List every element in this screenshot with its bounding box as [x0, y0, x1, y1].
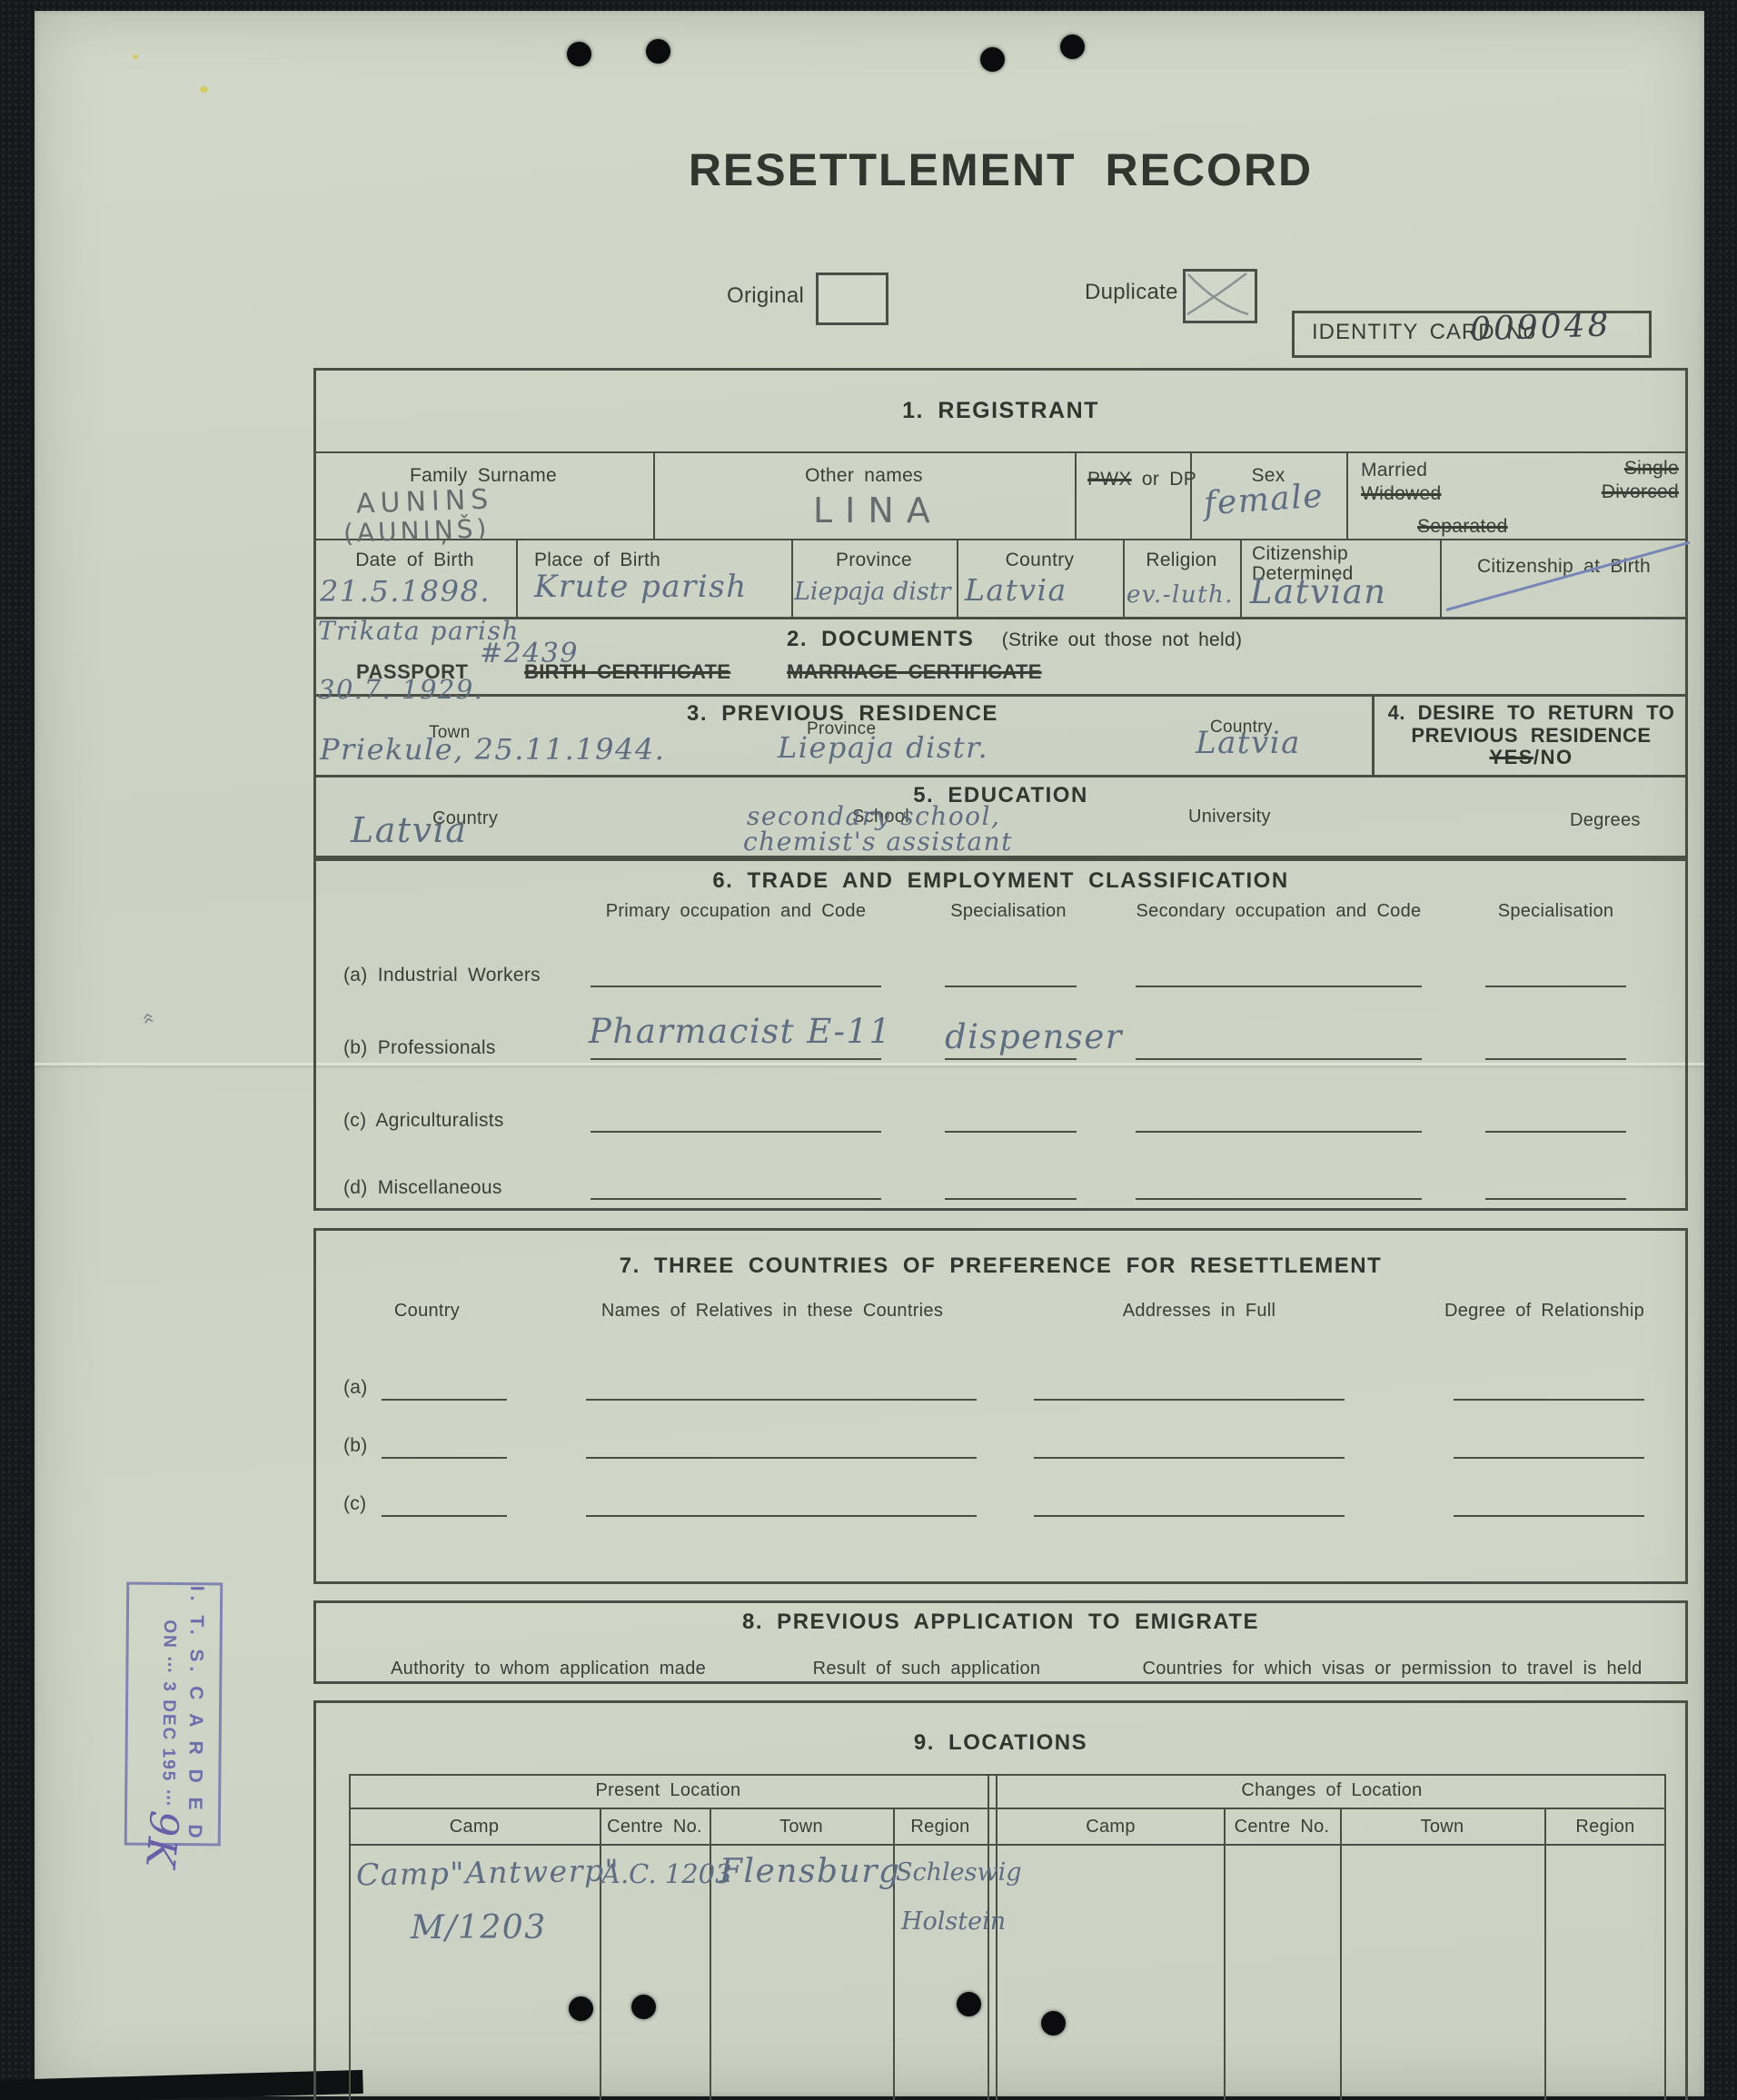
location-camp-value2: M/1203: [411, 1909, 547, 1946]
citizenship-birth-label: Citizenship at Birth: [1440, 556, 1688, 578]
education-school-value2: chemist's assistant: [743, 827, 1013, 857]
changes-location-header: Changes of Location: [998, 1780, 1666, 1801]
marriage-certificate-label: MARRIAGE CERTIFICATE: [787, 660, 1042, 684]
trade-col-primary: Primary occupation and Code: [591, 901, 881, 922]
education-degrees-label: Degrees: [1570, 810, 1641, 831]
passport-date: 30.7. 1929.: [318, 674, 484, 705]
education-country-value: Latvia: [351, 810, 467, 850]
trade-row-c-label: (c) Agriculturalists: [343, 1110, 504, 1132]
section-2-title: 2. DOCUMENTS (Strike out those not held): [787, 627, 1242, 652]
dob-label: Date of Birth: [313, 550, 516, 571]
residence-town-value: Priekule, 25.11.1944.: [320, 732, 665, 767]
birth-certificate-label: BIRTH CERTIFICATE: [524, 660, 730, 684]
section-6-title: 6. TRADE AND EMPLOYMENT CLASSIFICATION: [313, 868, 1688, 894]
no-text: /NO: [1534, 746, 1573, 768]
residence-province-value: Liepaja distr.: [778, 730, 988, 765]
punch-hole: [980, 47, 1005, 72]
present-col-camp: Camp: [349, 1817, 600, 1837]
other-names-value: LINA: [813, 490, 943, 530]
pob-value: Krute parish: [534, 569, 748, 605]
pwx-struck: PWX: [1087, 469, 1132, 490]
x-mark-icon: [1183, 269, 1252, 318]
location-town-value: Flensburg: [720, 1853, 900, 1890]
punch-hole: [567, 42, 591, 66]
pref-row-a-marker: (a): [343, 1377, 368, 1399]
stamp-initials-mark: 9K: [136, 1808, 187, 1870]
other-names-label: Other names: [653, 465, 1075, 487]
changes-col-centre: Centre No.: [1224, 1817, 1340, 1837]
documents-title-text: 2. DOCUMENTS: [787, 627, 974, 651]
province-label: Province: [791, 550, 957, 571]
pwx-or-dp-label: PWX or DP: [1087, 469, 1196, 490]
trade-row-b-primary: Pharmacist E-11: [589, 1012, 892, 1051]
dob-value: 21.5.1898.: [320, 574, 491, 609]
country-value: Latvia: [965, 572, 1067, 608]
marital-single: Single: [1579, 458, 1679, 480]
its-carded-stamp: I. T. S. C A R D E D ON ⋯ 3 DEC 195 ⋯: [124, 1582, 223, 1847]
location-centre-value: A.C. 1203: [601, 1858, 732, 1889]
changes-col-region: Region: [1544, 1817, 1666, 1837]
pref-col-degree: Degree of Relationship: [1440, 1301, 1649, 1322]
section-9-title: 9. LOCATIONS: [313, 1730, 1688, 1756]
trade-col-spec2: Specialisation: [1481, 901, 1631, 922]
present-col-centre: Centre No.: [600, 1817, 710, 1837]
pref-col-relatives: Names of Relatives in these Countries: [581, 1301, 963, 1322]
marital-divorced: Divorced: [1566, 481, 1679, 503]
section-7-title: 7. THREE COUNTRIES OF PREFERENCE FOR RES…: [313, 1253, 1688, 1279]
dp-text: or DP: [1142, 469, 1196, 490]
document-title: RESETTLEMENT RECORD: [313, 144, 1688, 196]
identity-card-number: 009048: [1469, 306, 1612, 348]
changes-col-town: Town: [1340, 1817, 1544, 1837]
residence-country-value: Latvia: [1196, 725, 1301, 761]
citizenship-det-value: Latvian: [1250, 572, 1387, 611]
marital-widowed: Widowed: [1361, 483, 1441, 505]
province-value: Liepaja distr: [794, 578, 951, 606]
country-label: Country: [957, 550, 1123, 571]
trade-row-b-spec: dispenser: [945, 1017, 1123, 1056]
punch-hole: [646, 39, 670, 64]
trade-col-spec1: Specialisation: [936, 901, 1081, 922]
original-label: Original: [727, 283, 804, 309]
religion-value: ev.-luth.: [1127, 581, 1234, 609]
religion-label: Religion: [1123, 550, 1240, 571]
trade-row-d-label: (d) Miscellaneous: [343, 1177, 502, 1199]
present-col-region: Region: [893, 1817, 988, 1837]
present-location-header: Present Location: [349, 1780, 988, 1801]
paper-speck: [200, 86, 208, 93]
emigration-col-result: Result of such application: [809, 1659, 1045, 1679]
paper-speck: [133, 54, 138, 59]
present-col-town: Town: [710, 1817, 893, 1837]
trade-col-secondary: Secondary occupation and Code: [1131, 901, 1426, 922]
pref-col-country: Country: [363, 1301, 491, 1322]
punch-hole: [1060, 35, 1085, 59]
stamp-line2: ON ⋯ 3 DEC 195 ⋯: [157, 1585, 180, 1843]
section-1-title: 1. REGISTRANT: [313, 398, 1688, 424]
stamp-line1: I. T. S. C A R D E D: [184, 1585, 207, 1843]
location-region-value2: Holstein: [901, 1907, 1006, 1936]
form-box-7: [313, 1228, 1688, 1584]
location-camp-value1: Camp"Antwerp": [356, 1852, 620, 1892]
emigration-col-visas: Countries for which visas or permission …: [1131, 1659, 1653, 1679]
yes-struck: YES: [1489, 746, 1534, 768]
section-8-title: 8. PREVIOUS APPLICATION TO EMIGRATE: [313, 1610, 1688, 1635]
scanned-document: RESETTLEMENT RECORD Original Duplicate I…: [0, 0, 1737, 2100]
pref-col-addresses: Addresses in Full: [1113, 1301, 1285, 1322]
section-4-title-line1: 4. DESIRE TO RETURN TO: [1375, 701, 1688, 725]
pref-row-c-marker: (c): [343, 1493, 366, 1515]
desire-yes-no: YES/NO: [1375, 746, 1688, 769]
trade-row-a-label: (a) Industrial Workers: [343, 965, 541, 986]
duplicate-label: Duplicate: [1085, 280, 1178, 305]
pref-row-b-marker: (b): [343, 1435, 368, 1457]
marital-married: Married: [1361, 460, 1427, 481]
section-5-title: 5. EDUCATION: [313, 783, 1688, 808]
documents-note-text: (Strike out those not held): [1002, 629, 1243, 650]
duplicate-checkbox: [1183, 269, 1257, 323]
trade-row-b-label: (b) Professionals: [343, 1037, 496, 1059]
family-surname-alt: (AUNIŅŠ): [342, 513, 490, 549]
original-checkbox: [816, 272, 888, 325]
changes-col-camp: Camp: [998, 1817, 1224, 1837]
education-university-label: University: [1188, 807, 1271, 827]
marital-separated: Separated: [1417, 516, 1508, 538]
section-4-title-line2: PREVIOUS RESIDENCE: [1375, 724, 1688, 748]
emigration-col-authority: Authority to whom application made: [391, 1659, 700, 1679]
citizenship-det-label1: Citizenship: [1252, 543, 1348, 565]
location-region-value1: Schleswig: [896, 1858, 1022, 1887]
